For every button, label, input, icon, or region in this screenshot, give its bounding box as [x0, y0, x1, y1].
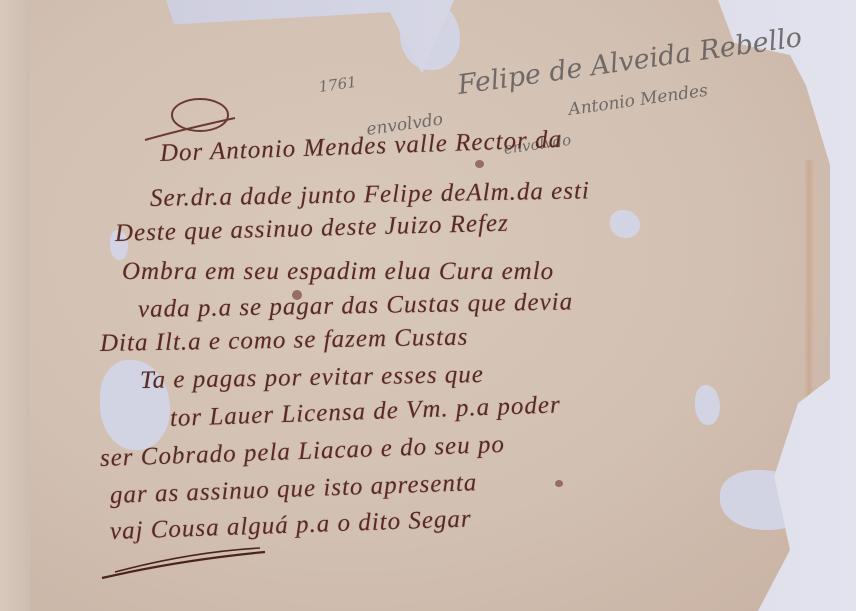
ink-blot: [475, 160, 484, 168]
paper-hole: [610, 210, 640, 238]
manuscript-line: Ta e pagas por evitar esses que: [140, 361, 484, 395]
signature-flourish-icon: [100, 540, 270, 580]
manuscript-line: Ombra em seu espadim elua Cura emlo: [122, 258, 554, 286]
paper-hole: [695, 385, 720, 425]
ink-blot: [555, 480, 563, 487]
